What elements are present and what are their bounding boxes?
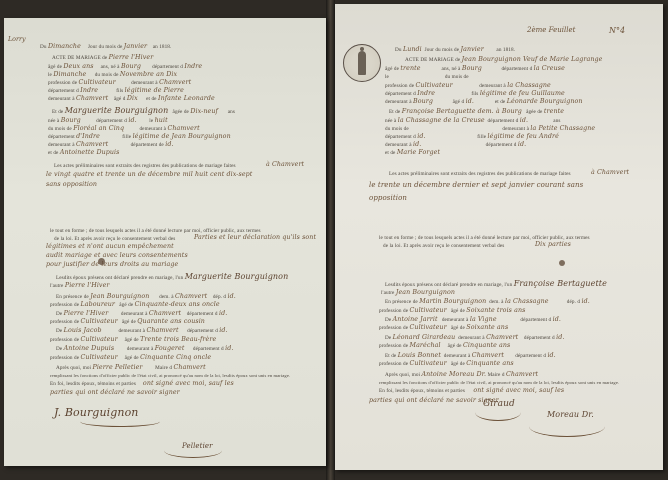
declaration-other: l'autre Pierre l'Hiver [50,283,110,289]
signature-flourish-mayor [529,416,605,437]
witness-1-profession: profession de Laboureur âgé de Cinquante… [50,302,220,308]
bride-mother-line: et de Marie Forget [385,150,440,156]
witness-1: En présence de Martin Bourguignon dem. à… [385,299,590,305]
closing-line-4: parties qui ont déclaré ne savoir signer [50,390,180,396]
bride-birthdate-line: du mois de demeurant à la Petite Chassag… [385,126,595,132]
groom-birth-line: âgé de Deux ans ans, né à Bourg départem… [48,64,202,70]
bride-mother-line: et de Antoinette Dupuis [48,150,120,156]
publications-place: à Chamvert [591,170,629,176]
groom-parents-line: demeurant à Bourg âgé d id. et de Léonar… [385,99,583,105]
closing-line-2: remplissant les fonctions d'officier pub… [50,373,290,379]
header-note: 2ème Feuillet [527,26,575,34]
header-mark: N°4 [609,26,625,35]
reading-printed-2: de la loi. Et après avoir reçu le consen… [54,236,175,242]
witness-3: De Léonard Girardeau demeurant à Chamver… [385,335,565,341]
publications-opposition: opposition [369,195,407,201]
groom-profession-line: profession de Cultivateur demeurant à la… [385,83,551,89]
witness-3-profession: profession de Maréchal âgé de Cinquante … [379,343,510,349]
closing-line-3: En foi, lesdits époux, témoins et partie… [379,388,564,394]
groom-father-line: département d Indre fils légitime de Pie… [48,88,184,94]
signature-flourish-mayor [164,443,222,458]
reading-hand-4: pour justifier de leurs droits au mariag… [46,262,178,268]
witness-4: De Antoine Dupuis demeurant à Fougeret d… [56,346,233,352]
right-page: 2ème Feuillet N°4 Du Lundi Jour du mois … [335,4,663,470]
witness-1: En présence de Jean Bourguignon dem. à C… [56,294,236,300]
closing-line-2: remplissant les fonctions d'officier pub… [379,380,619,386]
witness-2: De Pierre l'Hiver demeurant à Chamvert d… [56,311,227,317]
groom-name-line: ACTE DE MARIAGE de Jean Bourguignon Veuf… [405,57,603,63]
groom-father-line: département d Indre fils légitime de feu… [385,91,565,97]
witness-2-profession: profession de Cultivateur âgé de Quarant… [50,319,205,325]
reading-hand-3: audit mariage et avec leurs consentement… [46,253,188,259]
reading-hand-2: légitimes et n'ont aucun empêchement [46,244,174,250]
bride-birth-line: née à Bourg département d id. le huit [48,118,168,124]
publications-place: à Chamvert [266,162,304,168]
left-page: Lorry Du Dimanche Jour du mois de Janvie… [4,18,326,466]
groom-birthdate-line: le du mois de [385,74,469,80]
publications-printed: Les actes préliminaires sont extraits de… [389,171,571,177]
reading-hand: Dix parties [535,242,571,248]
bride-birth-line: née à la Chassagne de la Creuse départem… [385,118,561,124]
date-line: Du Dimanche Jour du mois de Janvier an 1… [40,44,171,50]
closing-line-4: parties qui ont déclaré ne savoir signer [369,398,499,404]
signature-flourish [80,416,160,427]
book-spine [326,0,335,480]
closing-line-3: En foi, lesdits époux, témoins et partie… [50,381,234,387]
witness-4-profession: profession de Cultivateur âgé de Cinquan… [50,355,211,361]
groom-profession-line: profession de Cultivateur demeurant à Ch… [48,80,191,86]
groom-name-line: ACTE DE MARIAGE de Pierre l'Hiver [52,55,153,61]
closing-line-1: Après quoi, moi Antoine Moreau Dr. Maire… [385,372,538,378]
reading-hand-1: Parties et leur déclaration qu'ils sont [194,235,316,241]
date-line: Du Lundi Jour du mois de Janvier an 1818… [395,47,515,53]
publications-opposition: sans opposition [46,182,97,188]
declaration-other: l'autre Jean Bourguignon [381,290,455,296]
ink-stain [559,260,565,266]
witness-3: De Louis Jacob demeurant à Chamvert dépa… [56,328,228,334]
bride-parents-line: demeurant à Chamvert département de id. [48,142,174,148]
publications-dates: le vingt quatre et trente un de décembre… [46,172,252,178]
seal-stamp-icon [343,44,381,82]
groom-parents-line: demeurant à Chamvert âgé d Dix et de Inf… [48,96,215,102]
witness-4-profession: profession de Cultivateur âgé de Cinquan… [379,361,514,367]
ink-stain [98,258,105,265]
witness-4: Et de Louis Bonnet demeurant à Chamvert … [385,353,556,359]
publications-dates: le trente un décembre dernier et sept ja… [369,182,583,188]
declaration-line: Lesdits époux présens ont déclaré prendr… [56,274,288,281]
witness-2-profession: profession de Cultivateur âgé de Soixant… [379,325,508,331]
bride-name-line: Et de Marguerite Bourguignon âgée de Dix… [52,108,235,115]
bride-father-line: département d'Indre fille légitime de Je… [48,134,231,140]
bride-birthdate-line: du mois de Floréal an Cinq demeurant à C… [48,126,200,132]
signature-flourish [475,404,521,421]
witness-2: De Antoine Jarrit demeurant à la Vigne d… [385,317,561,323]
witness-3-profession: profession de Cultivateur âgé de Trente … [50,337,216,343]
publications-printed: Les actes préliminaires sont extraits de… [54,163,236,169]
bride-parents-line: demeurant à id. département d id. [385,142,526,148]
reading-printed-2: de la loi. Et après avoir reçu le consen… [383,243,504,249]
margin-note: Lorry [8,36,26,43]
bride-name-line: Et de Françoise Bertaguette dem. à Bourg… [389,109,564,115]
groom-birth-line: âgé de trente ans, né à Bourg départemen… [385,66,565,72]
groom-birthdate-line: le Dimanche du mois de Novembre an Dix [48,72,177,78]
witness-1-profession: profession de Cultivateur âgé de Soixant… [379,308,525,314]
bride-father-line: département d id. fille légitime de feu … [385,134,559,140]
declaration-line: Lesdits époux présens ont déclaré prendr… [385,281,607,288]
closing-line-1: Après quoi, moi Pierre Pelletier Maire d… [56,365,206,371]
